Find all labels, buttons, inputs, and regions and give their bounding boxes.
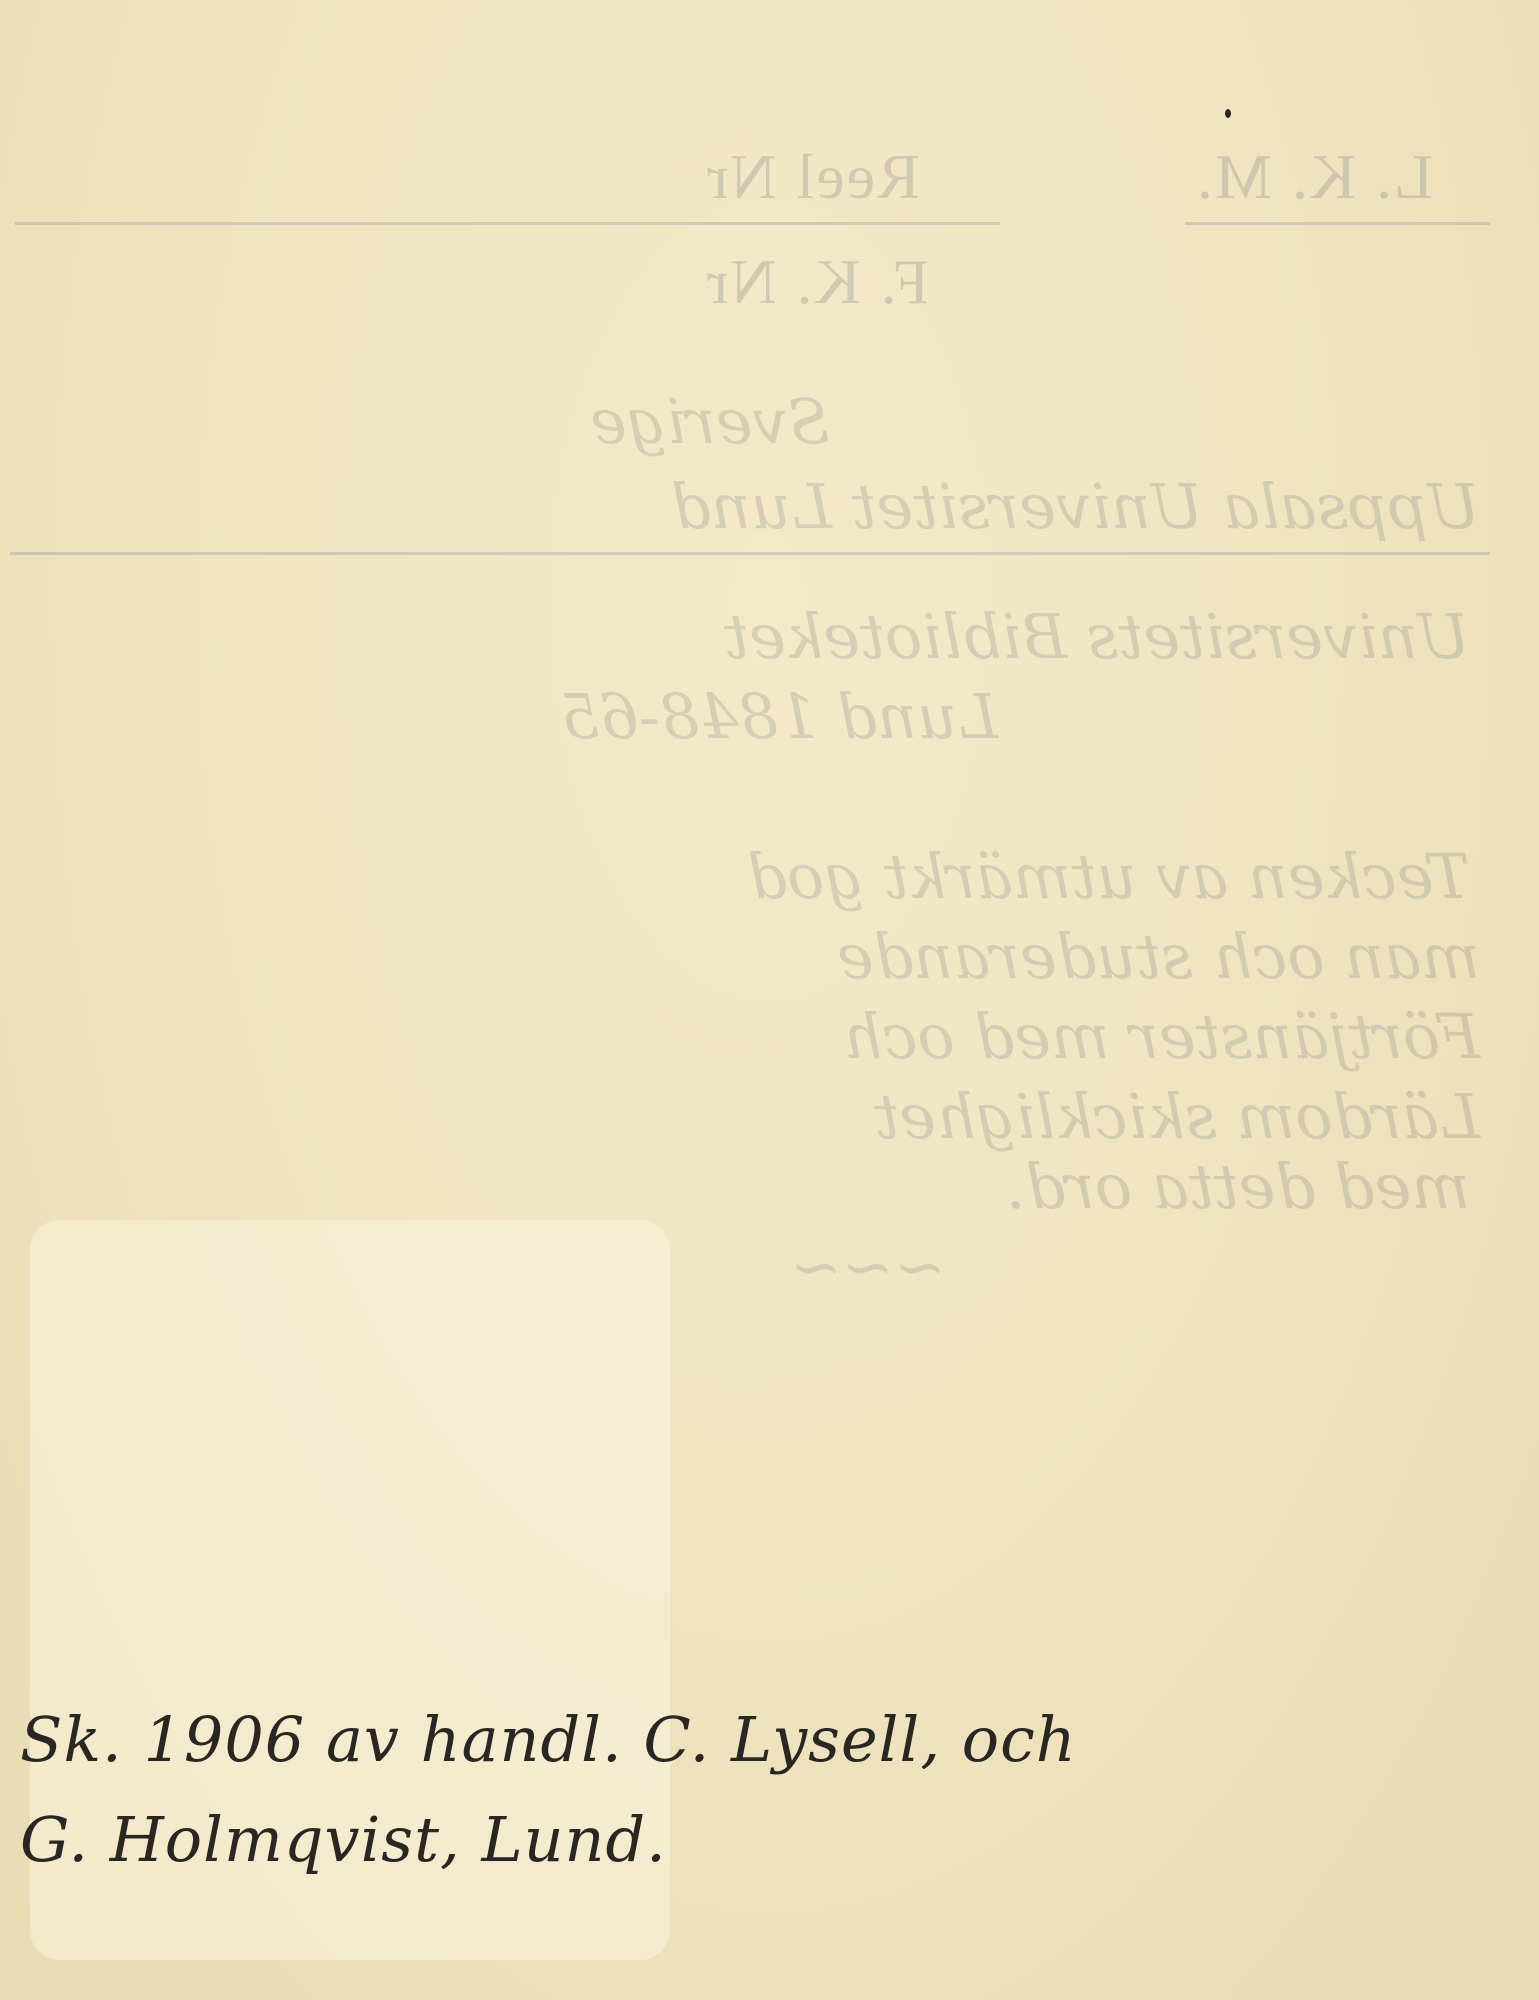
bleed-rule <box>10 552 1490 555</box>
bleed-handwriting: Uppsala Universitet Lund <box>0 470 1480 543</box>
document-page: L. K. M. Reel Nr F. K. Nr Sverige Uppsal… <box>0 0 1539 2000</box>
bleed-label-reel-nr: Reel Nr <box>705 140 920 214</box>
handwritten-inscription: Sk. 1906 av handl. C. Lysell, och G. Hol… <box>20 1690 1520 1890</box>
bleed-handwriting: Universitets Biblioteket <box>90 600 1470 673</box>
ink-speck <box>1225 109 1231 118</box>
bleed-signature: ~~~ <box>790 1230 946 1303</box>
bleed-label-lkm: L. K. M. <box>1195 140 1433 214</box>
bleed-handwriting: med detta ord. <box>20 1150 1470 1223</box>
bleed-handwriting: Sverige <box>590 385 830 458</box>
bleed-rule <box>1185 222 1490 225</box>
bleed-rule <box>15 222 1000 225</box>
inscription-line-1: Sk. 1906 av handl. C. Lysell, och <box>20 1690 1520 1790</box>
bleed-handwriting: Lärdom skicklighet <box>0 1080 1480 1153</box>
inscription-line-2: G. Holmqvist, Lund. <box>20 1790 1520 1890</box>
bleed-handwriting: Lund 1848-65 <box>560 680 998 753</box>
bleed-handwriting: Tecken av utmärkt god <box>30 840 1470 913</box>
bleed-handwriting: Förtjänster med och <box>0 1000 1480 1073</box>
bleed-handwriting: man och studerande <box>0 920 1480 993</box>
bleed-label-fk-nr: F. K. Nr <box>705 245 929 319</box>
